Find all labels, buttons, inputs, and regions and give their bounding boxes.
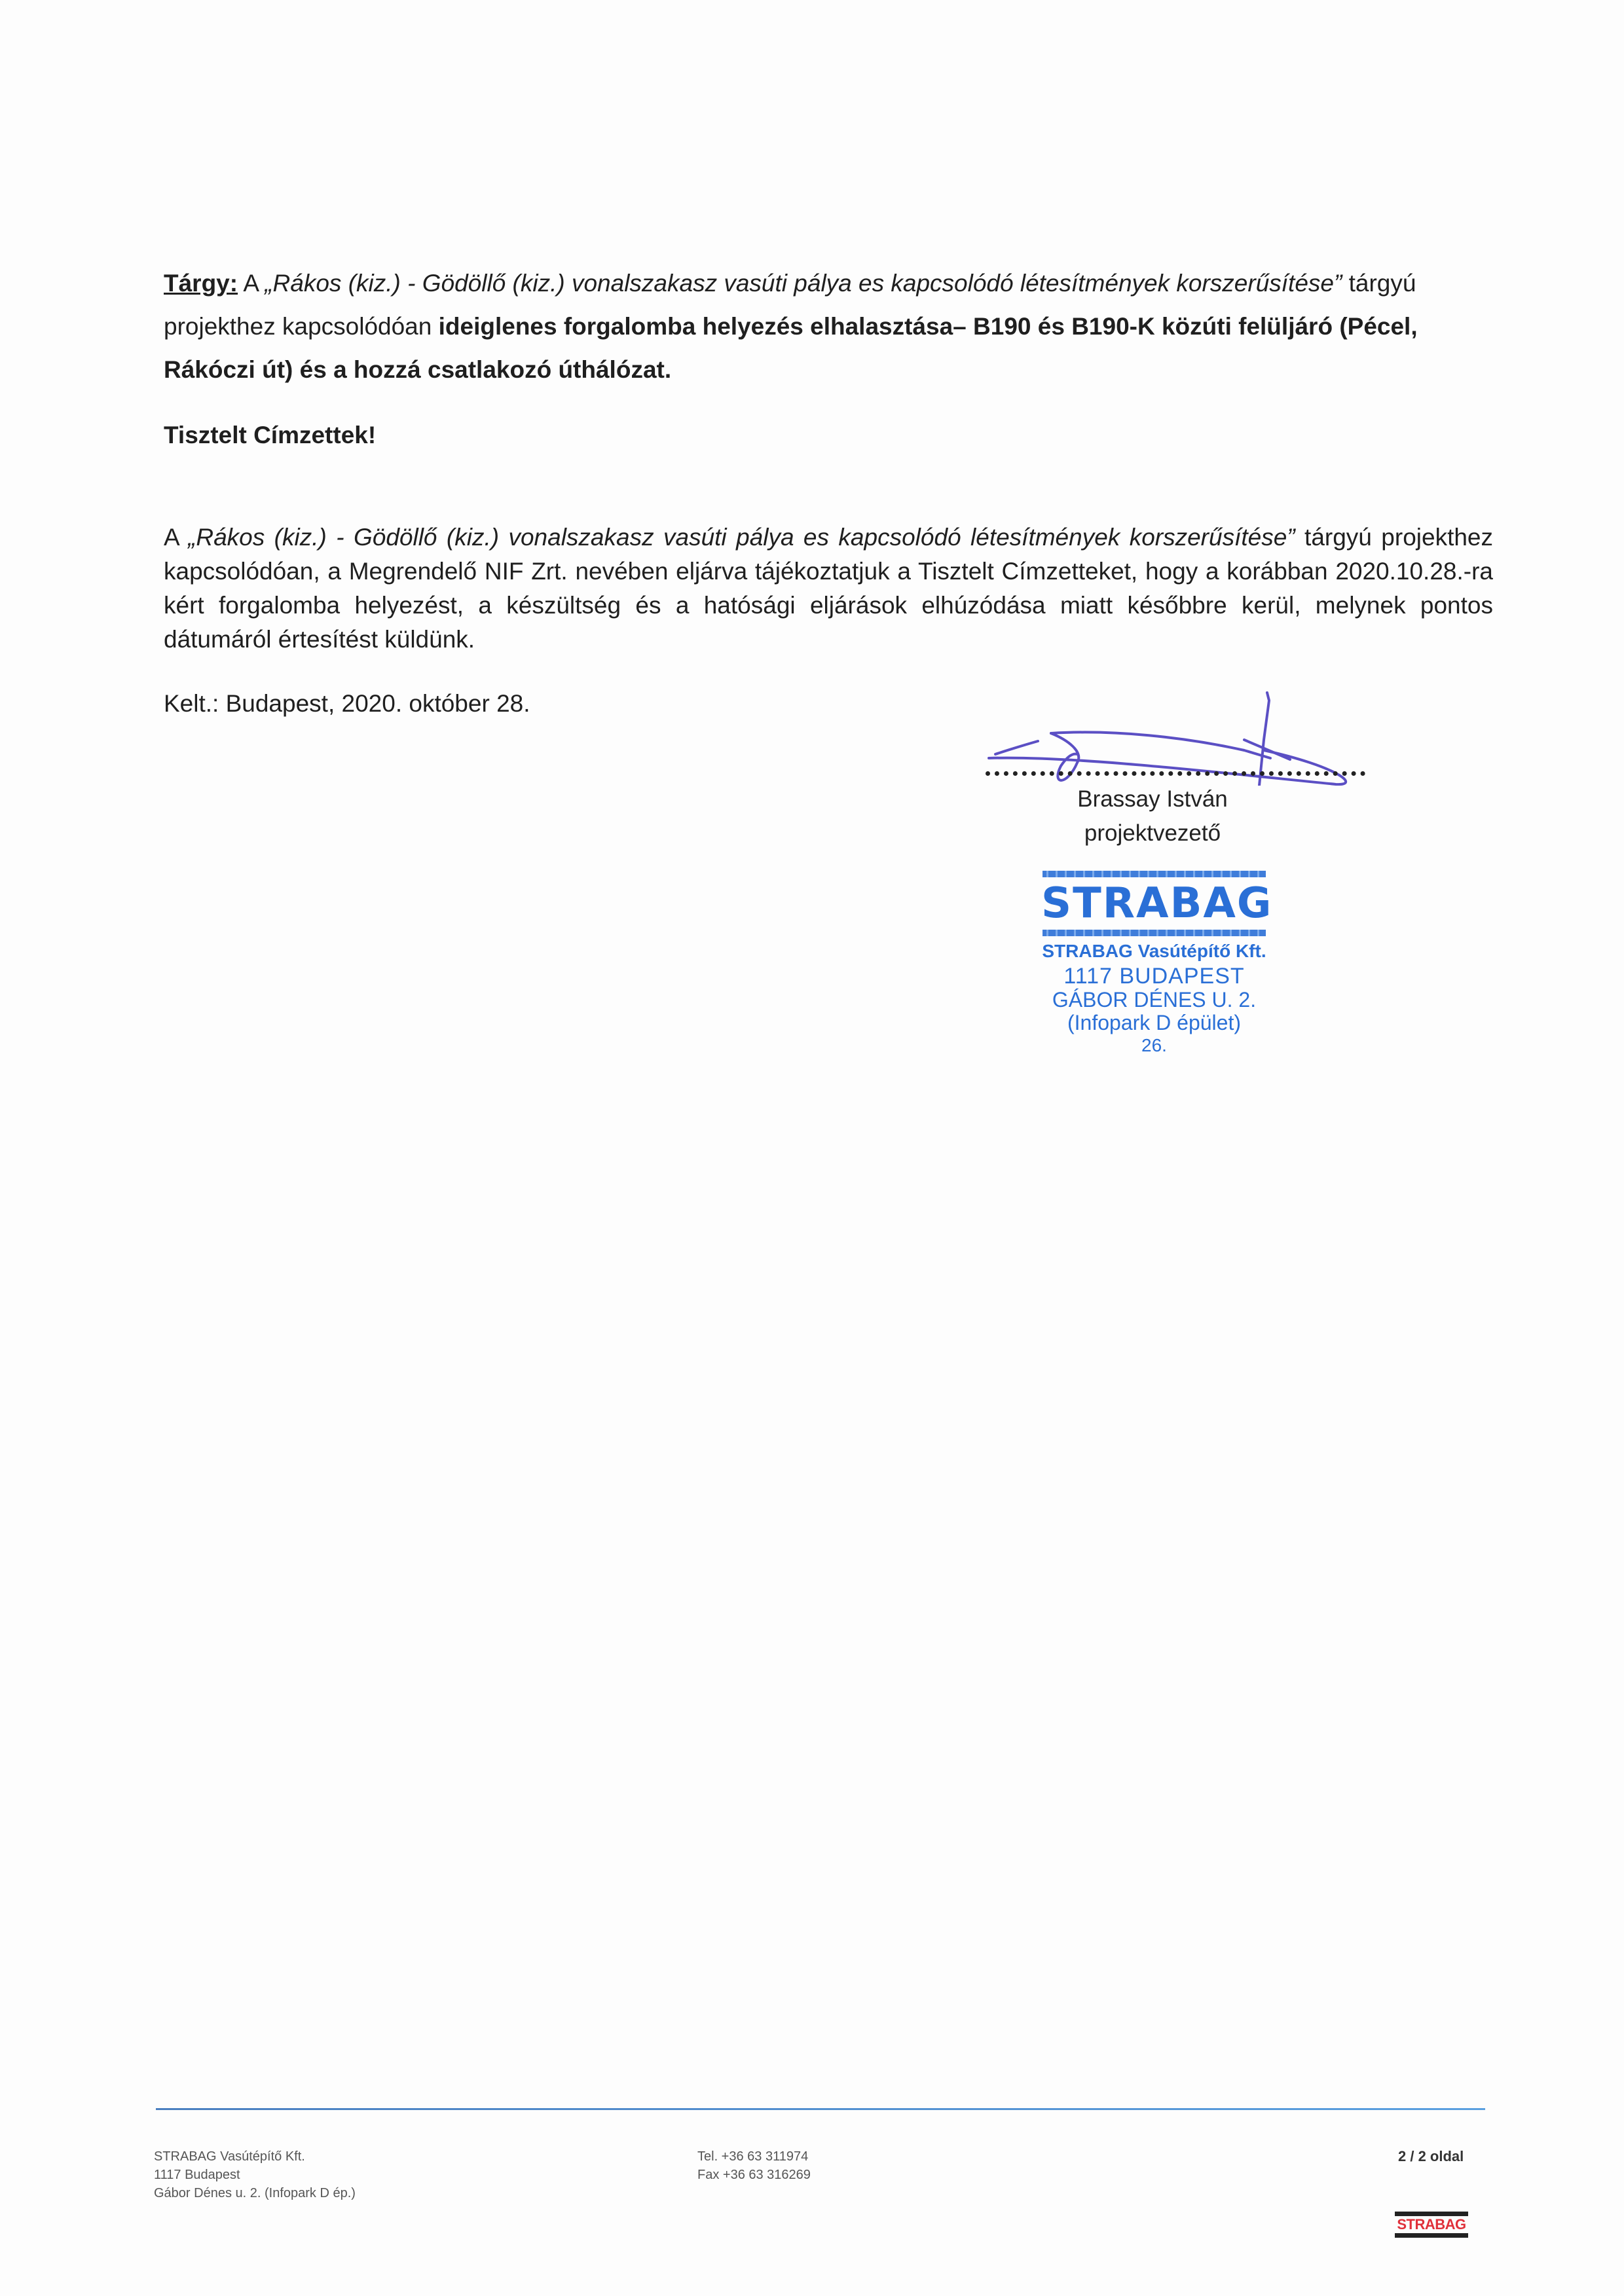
logo-bottom-bar (1395, 2233, 1468, 2238)
letter-page: Tárgy: A „Rákos (kiz.) - Gödöllő (kiz.) … (0, 0, 1624, 2296)
body-prefix: A (164, 524, 188, 551)
body-paragraph: A „Rákos (kiz.) - Gödöllő (kiz.) vonalsz… (164, 520, 1493, 657)
subject-label: Tárgy: (164, 270, 238, 297)
footer-contact: Tel. +36 63 311974 Fax +36 63 316269 (697, 2147, 811, 2184)
footer-tel: Tel. +36 63 311974 (697, 2147, 811, 2166)
logo-top-bar (1395, 2212, 1468, 2216)
stamp-brand: STRABAG (1041, 877, 1267, 930)
stamp-company: STRABAG Vasútépítő Kft. (1041, 939, 1267, 964)
strabag-logo-icon: STRABAG (1395, 2212, 1468, 2238)
stamp-mid-bar (1043, 930, 1266, 936)
date-line: Kelt.: Budapest, 2020. október 28. (164, 687, 530, 720)
stamp-city: 1117 BUDAPEST (1041, 964, 1267, 989)
stamp-top-bar (1043, 871, 1266, 877)
page-number: 2 / 2 oldal (1398, 2147, 1464, 2166)
subject-project-title: „Rákos (kiz.) - Gödöllő (kiz.) vonalszak… (265, 270, 1342, 297)
footer-company: STRABAG Vasútépítő Kft. (154, 2147, 356, 2166)
stamp-building: (Infopark D épület) (1041, 1011, 1267, 1034)
footer-street: Gábor Dénes u. 2. (Infopark D ép.) (154, 2184, 356, 2202)
company-stamp: STRABAG STRABAG Vasútépítő Kft. 1117 BUD… (1041, 871, 1267, 1057)
signer-name: Brassay István (1022, 782, 1283, 816)
body-project-title: „Rákos (kiz.) - Gödöllő (kiz.) vonalszak… (188, 524, 1295, 551)
footer-divider (156, 2108, 1485, 2110)
signer-title: projektvezető (1022, 816, 1283, 850)
subject-prefix: A (238, 270, 265, 297)
logo-text: STRABAG (1395, 2216, 1468, 2233)
footer-fax: Fax +36 63 316269 (697, 2166, 811, 2184)
stamp-street: GÁBOR DÉNES U. 2. (1041, 989, 1267, 1011)
salutation: Tisztelt Címzettek! (164, 419, 376, 452)
footer-zip-city: 1117 Budapest (154, 2166, 356, 2184)
footer-address: STRABAG Vasútépítő Kft. 1117 Budapest Gá… (154, 2147, 356, 2202)
subject-block: Tárgy: A „Rákos (kiz.) - Gödöllő (kiz.) … (164, 262, 1493, 392)
signer-block: Brassay István projektvezető (1022, 782, 1283, 850)
stamp-number: 26. (1041, 1034, 1267, 1057)
signature-line (986, 766, 1365, 776)
